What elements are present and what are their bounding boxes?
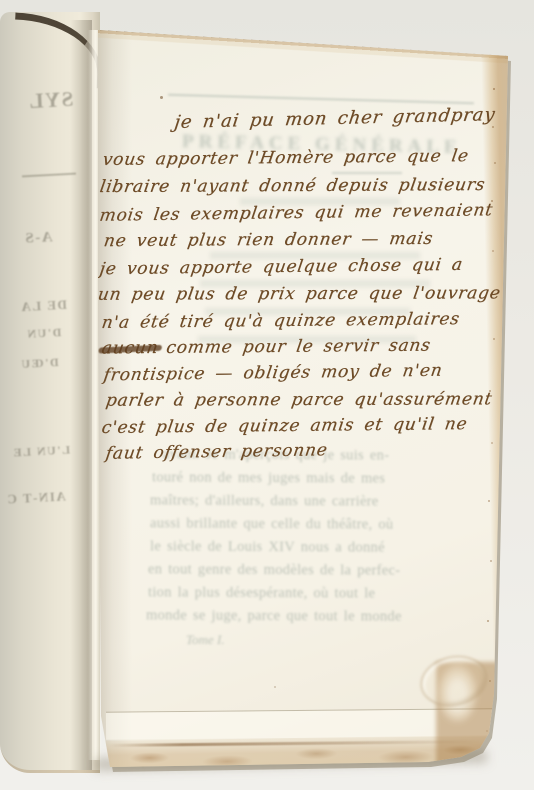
handwriting-line: libraire n'ayant donné depuis plusieurs (98, 175, 486, 197)
showthrough-fragment: A-S (24, 229, 54, 247)
showthrough-rule (168, 94, 474, 105)
ink-speck (274, 686, 276, 688)
showthrough-rule (332, 172, 402, 174)
handwriting-line: un peu plus de prix parce que l'ouvrage (96, 283, 502, 304)
handwriting-line: mois les exemplaires qui me revenaient (98, 200, 494, 225)
handwriting-line: ne veut plus rien donner — mais (102, 229, 434, 251)
handwriting-line: aucuncomme pour le servir sans (100, 336, 432, 359)
handwriting-line: parler à personne parce qu'assurément (104, 389, 493, 410)
showthrough-rule (22, 173, 76, 178)
struck-word: aucun (100, 338, 160, 358)
ink-speck (392, 46, 394, 48)
handwriting-line: je vous apporte quelque chose qui a (98, 255, 464, 279)
handwriting-line: n'a été tiré qu'à quinze exemplaires (100, 309, 461, 333)
book-photograph: SYL A-S DE LA D'UN D'ŒU L'UN LE AIN-T C … (0, 0, 534, 790)
showthrough-fragment: DE LA (20, 297, 68, 315)
manuscript-page: PRÉFACE GÉNÉRALE avant. Je m'aperçois qu… (90, 26, 515, 774)
handwriting-line: je n'ai pu mon cher grandpray (173, 104, 497, 133)
page-top-edge (95, 28, 513, 64)
showthrough-fragment: SYL (27, 87, 74, 114)
handwriting-line-rest: comme pour le servir sans (165, 336, 432, 358)
tome-label: Tome I. (186, 632, 225, 648)
showthrough-line: en tout genre des modèles de la perfec- (148, 561, 400, 579)
ink-speck (160, 96, 163, 99)
showthrough-line: maîtres; d'ailleurs, dans une carrière (150, 492, 379, 510)
showthrough-line: touré non de mes juges mais de mes (152, 469, 385, 487)
handwriting-line: frontispice — obligés moy de n'en (102, 361, 444, 386)
showthrough-line: monde se juge, parce que tout le monde (146, 607, 402, 625)
showthrough-fragment: L'UN LE (12, 442, 71, 460)
handwriting-line: vous apporter l'Homère parce que le (101, 146, 470, 170)
handwriting-line: c'est plus de quinze amis et qu'il ne (100, 414, 469, 438)
showthrough-line: tion la plus désespérante, où tout le (148, 584, 375, 602)
showthrough-fragment: D'ŒU (20, 355, 59, 372)
showthrough-fragment: D'UN (26, 325, 62, 342)
showthrough-line: le siècle de Louis XIV nous a donné (150, 538, 385, 556)
showthrough-fragment: AIN-T C (6, 488, 67, 507)
foxing-specks (493, 88, 495, 90)
showthrough-line: aussi brillante que celle du théâtre, où (150, 515, 394, 533)
handwriting-line: faut offenser personne (104, 440, 329, 463)
